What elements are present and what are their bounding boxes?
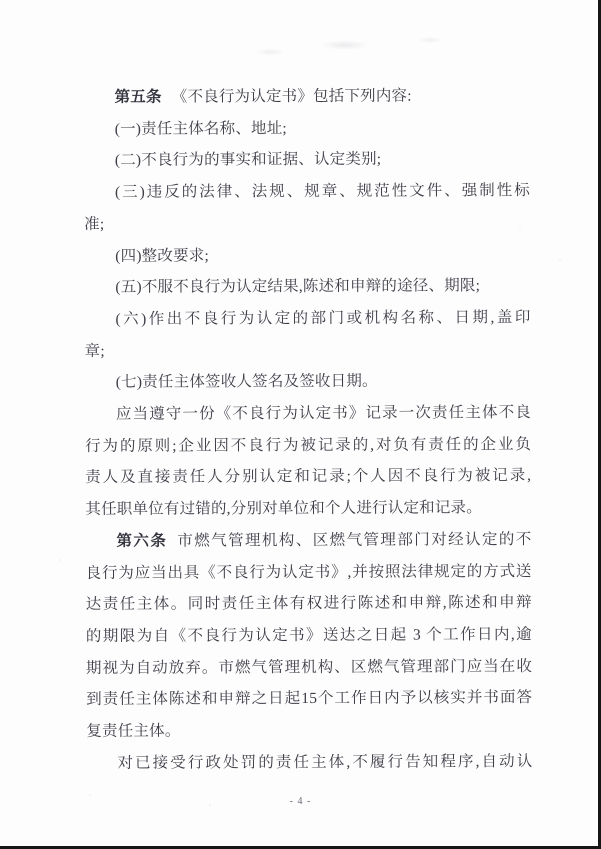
line-text: 到责任主体陈述和申辩之日起15个工作日内予以核实并书面答 — [86, 689, 532, 708]
line-text: 达责任主体。同时责任主体有权进行陈述和申辩,陈述和申辩 — [86, 594, 532, 613]
line-text: (六)作出不良行为认定的部门或机构名称、日期,盖印 — [115, 309, 530, 328]
line-text: (七)责任主体签收人签名及签收日期。 — [116, 373, 378, 391]
line-text: (一)责任主体名称、地址; — [115, 120, 287, 138]
line-text: (三)违反的法律、法规、规章、规范性文件、强制性标 — [115, 182, 530, 201]
text-line: 的期限为自《不良行为认定书》送达之日起 3 个工作日内,逾 — [86, 619, 532, 653]
line-text: 《不良行为认定书》包括下列内容: — [172, 88, 412, 106]
line-text: (五)不服不良行为认定结果,陈述和申辩的途径、期限; — [115, 277, 480, 296]
line-text: 行为的原则;企业因不良行为被记录的,对负有责任的企业负 — [85, 436, 531, 455]
text-line: 良行为应当出具《不良行为认定书》,并按照法律规定的方式送 — [86, 556, 532, 590]
line-text: 良行为应当出具《不良行为认定书》,并按照法律规定的方式送 — [86, 563, 532, 582]
line-text: 市燃气管理机构、区燃气管理部门对经认定的不 — [177, 531, 531, 550]
line-text: 复责任主体。 — [86, 723, 180, 740]
text-line: 到责任主体陈述和申辩之日起15个工作日内予以核实并书面答 — [86, 682, 532, 716]
line-text: (二)不良行为的事实和证据、认定类别; — [115, 151, 382, 169]
text-line: (四)整改要求; — [84, 239, 530, 273]
text-line: 期视为自动放弃。市燃气管理机构、区燃气管理部门应当在收 — [86, 651, 532, 685]
text-line: (一)责任主体名称、地址; — [84, 112, 530, 146]
article-number: 第六条 — [116, 532, 167, 549]
line-text: 期视为自动放弃。市燃气管理机构、区燃气管理部门应当在收 — [86, 658, 532, 677]
line-text: 其任职单位有过错的,分别对单位和个人进行认定和记录。 — [85, 499, 482, 518]
text-line: (五)不服不良行为认定结果,陈述和申辩的途径、期限; — [84, 270, 530, 304]
text-line: (七)责任主体签收人签名及签收日期。 — [85, 365, 531, 399]
line-text: 准; — [84, 216, 104, 233]
text-line: 复责任主体。 — [86, 714, 532, 748]
text-line: 达责任主体。同时责任主体有权进行陈述和申辩,陈述和申辩 — [86, 587, 532, 621]
text-line: 其任职单位有过错的,分别对单位和个人进行认定和记录。 — [85, 492, 531, 526]
line-text: 对已接受行政处罚的责任主体,不履行告知程序,自动认 — [117, 753, 532, 772]
text-line: 责人及直接责任人分别认定和记录;个人因不良行为被记录, — [85, 460, 531, 494]
line-text: (四)整改要求; — [115, 247, 209, 264]
line-text: 的期限为自《不良行为认定书》送达之日起 3 个工作日内,逾 — [86, 626, 532, 645]
text-line: 对已接受行政处罚的责任主体,不履行告知程序,自动认 — [86, 746, 532, 780]
document-body: 第五条《不良行为认定书》包括下列内容:(一)责任主体名称、地址;(二)不良行为的… — [83, 80, 532, 779]
text-line: 第六条市燃气管理机构、区燃气管理部门对经认定的不 — [85, 524, 531, 558]
line-text: 应当遵守一份《不良行为认定书》记录一次责任主体不良 — [116, 404, 531, 423]
text-line: 章; — [85, 334, 531, 368]
text-line: 第五条《不良行为认定书》包括下列内容: — [83, 80, 529, 114]
line-text: 章; — [85, 343, 105, 360]
page-number: - 4 - — [0, 796, 601, 807]
article-number: 第五条 — [115, 89, 162, 106]
text-line: (二)不良行为的事实和证据、认定类别; — [84, 143, 530, 177]
text-line: (三)违反的法律、法规、规章、规范性文件、强制性标 — [84, 175, 530, 209]
text-line: 准; — [84, 207, 530, 241]
line-text: 责人及直接责任人分别认定和记录;个人因不良行为被记录, — [85, 467, 531, 486]
document-page: 第五条《不良行为认定书》包括下列内容:(一)责任主体名称、地址;(二)不良行为的… — [0, 0, 601, 849]
text-line: 应当遵守一份《不良行为认定书》记录一次责任主体不良 — [85, 397, 531, 431]
text-line: (六)作出不良行为认定的部门或机构名称、日期,盖印 — [84, 302, 530, 336]
text-line: 行为的原则;企业因不良行为被记录的,对负有责任的企业负 — [85, 429, 531, 463]
